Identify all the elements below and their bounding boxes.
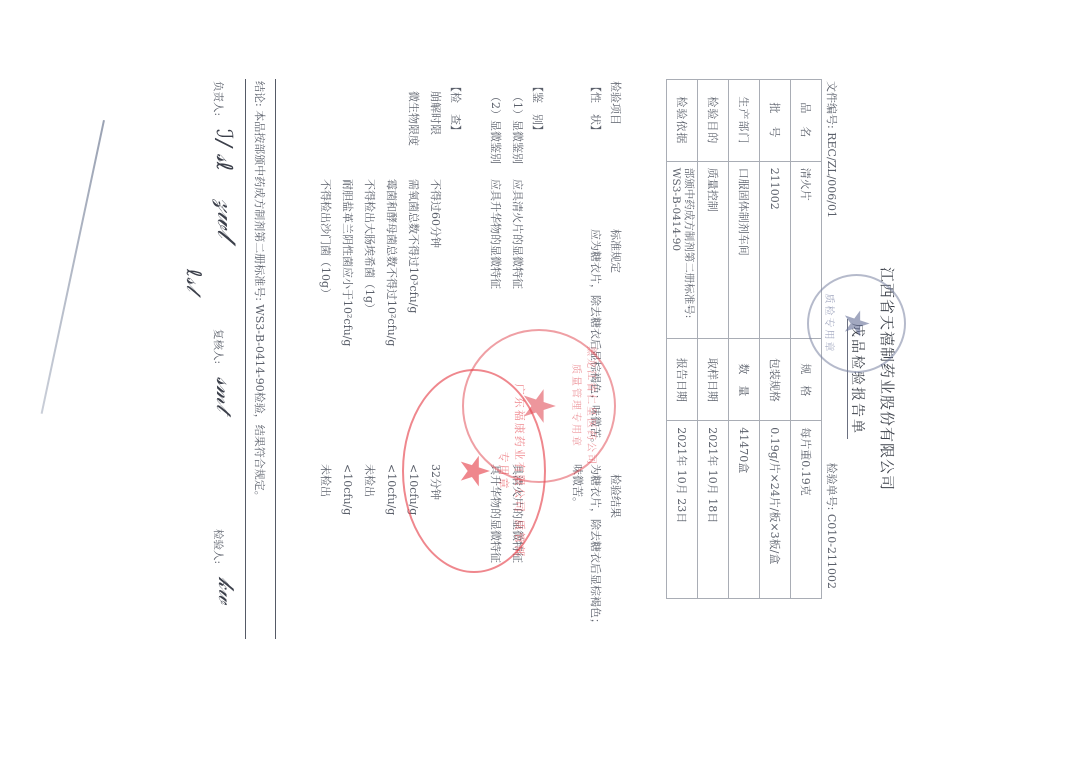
inspection-number-value: C010-211002 xyxy=(825,514,838,589)
responsible-signature-mark-2: 𝓏𝓌𝓁 xyxy=(210,199,241,238)
info-row: 批 号211002包装规格0.19g/片×24片/板×3板/盒 xyxy=(760,80,791,599)
inspector-signature: 检验人: xyxy=(211,529,226,564)
section-heading: 【性 状】 xyxy=(588,81,604,136)
product-info-table: 品 名清火片规 格每片重0.19克批 号211002包装规格0.19g/片×24… xyxy=(666,79,822,599)
section-heading: 【检 查】 xyxy=(448,81,464,136)
info-label: 数 量 xyxy=(729,339,760,421)
responsible-label: 负责人: xyxy=(212,81,224,116)
company-name: 江西省天禧制药业股份有限公司 xyxy=(877,79,898,679)
result-standard: 应具升华物的显微特征 xyxy=(486,179,504,289)
inspection-number: 检验单号: C010-211002 xyxy=(824,463,840,589)
result-result: 未检出 xyxy=(360,464,378,497)
col-header-standard: 标准规定 xyxy=(608,229,624,273)
info-value: 41470盒 xyxy=(729,421,760,599)
inspection-report-page: 江西省天禧制药业股份有限公司 成品检验报告单 文件编号: REC/ZL/006/… xyxy=(36,79,1036,679)
result-standard: 需氧菌总数不得过10³cfu/g xyxy=(404,179,422,313)
result-result: 32分钟 xyxy=(426,464,444,500)
result-result: 具升华物的显微特征 xyxy=(486,464,504,563)
info-value: 部颁中药成方制剂第二册标准号: WS3-B-0414-90 xyxy=(667,161,698,339)
info-label: 品 名 xyxy=(791,80,822,162)
conclusion-top-rule xyxy=(275,79,276,639)
reviewer-label: 复核人: xyxy=(212,329,224,364)
result-name: （2）显微鉴别 xyxy=(488,91,504,164)
info-label: 包装规格 xyxy=(760,339,791,421)
info-value: 2021年 10月 18日 xyxy=(698,421,729,599)
result-name: （1）显微鉴别 xyxy=(510,91,526,164)
result-result: 未检出 xyxy=(316,464,334,497)
responsible-signature: 负责人: xyxy=(211,81,226,116)
info-value: 2021年 10月 23日 xyxy=(667,421,698,599)
result-standard: 不得过60分钟 xyxy=(426,179,444,248)
result-standard: 应为糖衣片，除去糖衣后显棕褐色；味微苦。 xyxy=(586,229,604,449)
info-row: 品 名清火片规 格每片重0.19克 xyxy=(791,80,822,599)
responsible-signature-mark: ℐ∕ 𝓈ℓ xyxy=(211,129,236,171)
info-label: 检验依据 xyxy=(667,80,698,162)
title-underline xyxy=(847,319,848,439)
info-value: 0.19g/片×24片/板×3板/盒 xyxy=(760,421,791,599)
info-label: 报告日期 xyxy=(667,339,698,421)
star-icon: ★ xyxy=(514,386,565,425)
info-value: 清火片 xyxy=(791,161,822,339)
conclusion-label: 结论: xyxy=(253,81,266,107)
report-title: 成品检验报告单 xyxy=(848,79,868,679)
info-label: 批 号 xyxy=(760,80,791,162)
reviewer-signature-mark: 𝓈𝓂𝓉 xyxy=(211,377,236,411)
doc-number-value: REC/ZL/006/01 xyxy=(825,132,838,218)
result-standard: 霉菌和酵母菌总数不得过10²cfu/g xyxy=(382,179,400,346)
info-value: 每片重0.19克 xyxy=(791,421,822,599)
conclusion-bottom-rule xyxy=(245,79,246,639)
inspection-number-label: 检验单号: xyxy=(825,463,838,511)
inspector-label: 检验人: xyxy=(212,529,224,564)
inspector-signature-mark: 𝓀𝓌 xyxy=(213,577,238,604)
info-value: 口服固体制剂车间 xyxy=(729,161,760,339)
result-result: <10cfu/g xyxy=(404,464,422,515)
col-header-result: 检验结果 xyxy=(608,474,624,518)
result-standard: 耐胆盐革兰阴性菌应小于10²cfu/g xyxy=(338,179,356,346)
conclusion: 结论: 本品按部颁中药成方制剂第二册标准号: WS3-B-0414-90检验，结… xyxy=(252,81,268,502)
result-result: <10cfu/g xyxy=(382,464,400,515)
result-result: 为糖衣片，除去糖衣后显棕褐色；味微苦。 xyxy=(568,464,604,634)
section-heading: 【鉴 别】 xyxy=(530,81,546,136)
info-row: 生产部门口服固体制剂车间数 量41470盒 xyxy=(729,80,760,599)
info-value: 211002 xyxy=(760,161,791,339)
result-standard: 应具清火片的显微特征 xyxy=(508,179,526,289)
reviewer-signature: 复核人: xyxy=(211,329,226,364)
col-header-item: 检验项目 xyxy=(608,81,624,125)
doc-number: 文件编号: REC/ZL/006/01 xyxy=(824,81,840,218)
info-label: 生产部门 xyxy=(729,80,760,162)
result-name: 微生物限度 xyxy=(406,91,422,146)
info-label: 取样日期 xyxy=(698,339,729,421)
doc-number-label: 文件编号: xyxy=(825,81,838,129)
blue-stamp-text: 质检专用章 xyxy=(823,294,838,354)
result-result: <10cfu/g xyxy=(338,464,356,515)
result-result: 具清火片的显微特征 xyxy=(508,464,526,563)
result-standard: 不得检出大肠埃希菌（1g） xyxy=(360,179,378,314)
info-value: 质量控制 xyxy=(698,161,729,339)
reviewer-signature-mark-2: ℓ𝓈𝓁 xyxy=(182,269,206,291)
info-row: 检验依据部颁中药成方制剂第二册标准号: WS3-B-0414-90报告日期202… xyxy=(667,80,698,599)
info-label: 规 格 xyxy=(791,339,822,421)
result-standard: 不得检出沙门菌（10g） xyxy=(316,179,334,299)
info-label: 检验目的 xyxy=(698,80,729,162)
info-row: 检验目的质量控制取样日期2021年 10月 18日 xyxy=(698,80,729,599)
result-name: 崩解时限 xyxy=(428,91,444,135)
conclusion-text: 本品按部颁中药成方制剂第二册标准号: WS3-B-0414-90检验，结果符合规… xyxy=(253,110,266,501)
